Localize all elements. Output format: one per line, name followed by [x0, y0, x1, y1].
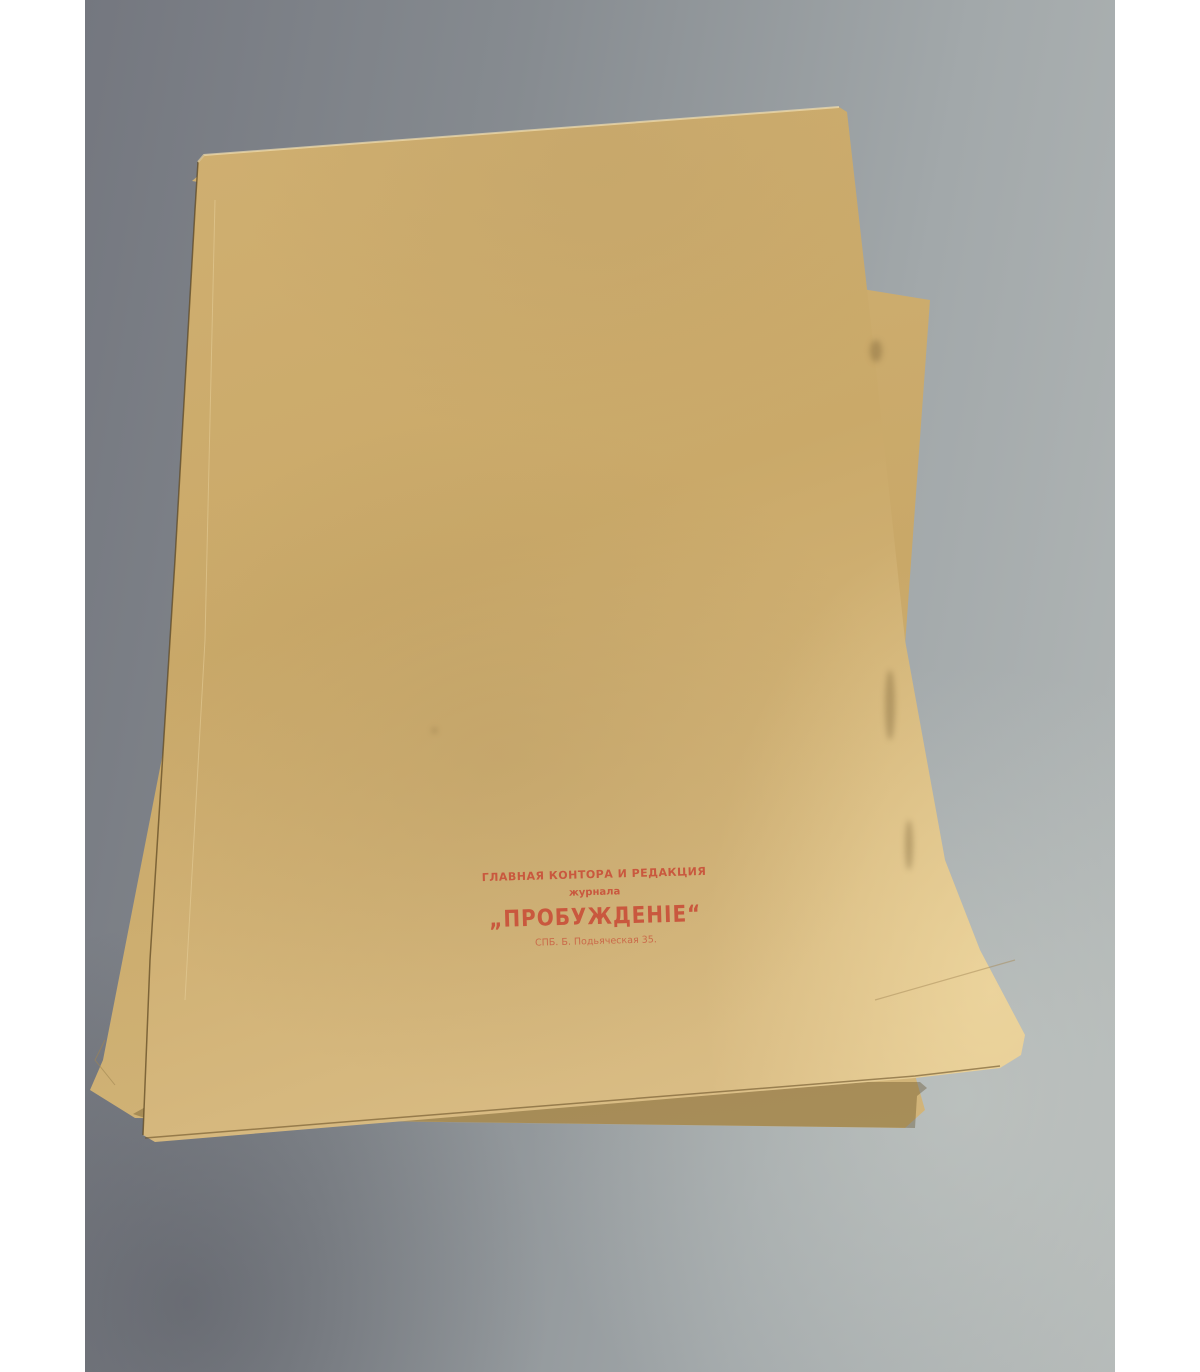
stain-mark	[432, 728, 437, 733]
stain-mark	[870, 340, 882, 362]
publisher-imprint: Главная контора и редакция журнала „ПРОБ…	[464, 864, 726, 950]
stain-mark	[905, 820, 913, 870]
imprint-magazine-title: „ПРОБУЖДЕНІЕ“	[465, 899, 726, 934]
photograph: Главная контора и редакция журнала „ПРОБ…	[85, 0, 1115, 1372]
magazine-back-cover	[85, 0, 1115, 1372]
stain-mark	[885, 670, 895, 740]
